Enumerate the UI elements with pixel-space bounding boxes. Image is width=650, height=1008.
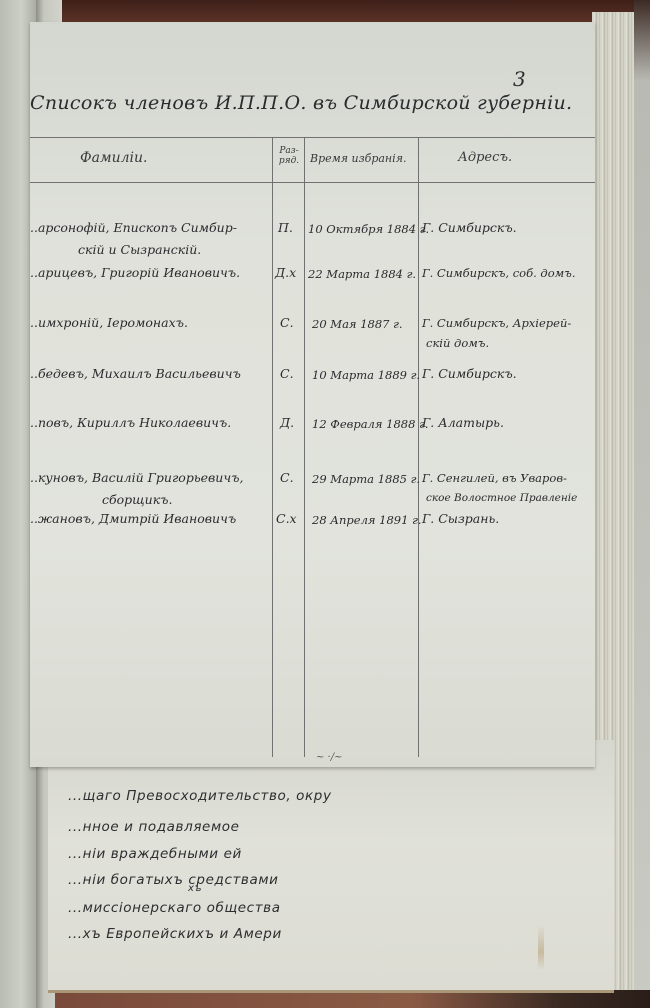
row-6-name: ..куновъ, Василій Григорьевичъ, [30,470,243,486]
letter-line: ...миссіонерскаго общества [68,900,281,916]
underlying-letter-sheet: ...щаго Превосходительство, окру ...нное… [48,740,614,993]
row-5-name: ..повъ, Кириллъ Николаевичъ. [30,415,231,431]
row-6-date: 29 Марта 1885 г. [312,471,420,487]
letter-insertion: хъ [188,883,202,894]
row-1-name-cont: скій и Сызранскій. [78,242,201,258]
row-7-address: Г. Сызрань. [422,511,499,527]
row-2-rank: Д.х [275,265,296,281]
paper-stain [538,925,544,970]
row-2-name: ..арицевъ, Григорій Ивановичъ. [30,265,240,281]
row-3-date: 20 Мая 1887 г. [312,316,403,332]
document-title: Списокъ членовъ И.П.П.О. въ Симбирской г… [30,92,590,114]
row-7-rank: С.х [276,511,297,527]
table-top-rule [30,137,595,138]
row-1-rank: П. [278,220,293,236]
folio-number: 3 [513,67,526,91]
letter-line: ...щаго Превосходительство, окру [68,788,332,804]
pencil-note: ~ ·/~ [316,752,342,763]
row-2-address: Г. Симбирскъ, соб. домъ. [422,265,576,281]
header-rank: Раз- ряд. [274,146,304,166]
row-3-rank: С. [280,315,294,331]
letter-line: ...нное и подавляемое [68,819,240,835]
row-5-address: Г. Алатырь. [422,415,504,431]
row-6-name-cont: сборщикъ. [102,492,173,508]
row-1-date: 10 Октября 1884 г. [308,221,429,237]
row-7-date: 28 Апреля 1891 г. [312,512,422,528]
row-4-rank: С. [280,366,294,382]
row-6-address: Г. Сенгилей, въ Уваров- [422,470,567,486]
ledger-sheet: 3 Списокъ членовъ И.П.П.О. въ Симбирской… [30,22,595,767]
row-4-name: ..бедевъ, Михаилъ Васильевичъ [30,366,241,382]
row-3-address-cont: скій домъ. [426,335,489,351]
row-6-rank: С. [280,470,294,486]
row-1-name: ..арсонофій, Епископъ Симбир- [30,220,237,236]
row-4-address: Г. Симбирскъ. [422,366,517,382]
letter-line: ...ніи богатыхъ средствами [68,872,279,888]
header-bottom-rule [30,182,595,183]
row-7-name: ..жановъ, Дмитрій Ивановичъ [30,511,236,527]
row-4-date: 10 Марта 1889 г. [312,367,420,383]
row-5-rank: Д. [280,415,294,431]
row-3-address: Г. Симбирскъ, Архіерей- [422,315,571,331]
row-5-date: 12 Февраля 1888 г. [312,416,429,432]
column-divider [304,137,305,757]
column-divider [272,137,273,757]
header-address: Адресъ. [458,150,512,165]
row-6-address-cont: ское Волостное Правленіе [426,490,577,506]
header-date: Время избранія. [310,152,406,165]
row-1-address: Г. Симбирскъ. [422,220,517,236]
row-3-name: ..имхроній, Іеромонахъ. [30,315,188,331]
background-right [634,0,650,1008]
header-name: Фамиліи. [80,150,147,166]
wooden-table-top [0,0,650,22]
letter-line: ...хъ Европейскихъ и Амери [68,926,282,942]
letter-line: ...ніи враждебными ей [68,846,242,862]
row-2-date: 22 Марта 1884 г. [308,266,416,282]
